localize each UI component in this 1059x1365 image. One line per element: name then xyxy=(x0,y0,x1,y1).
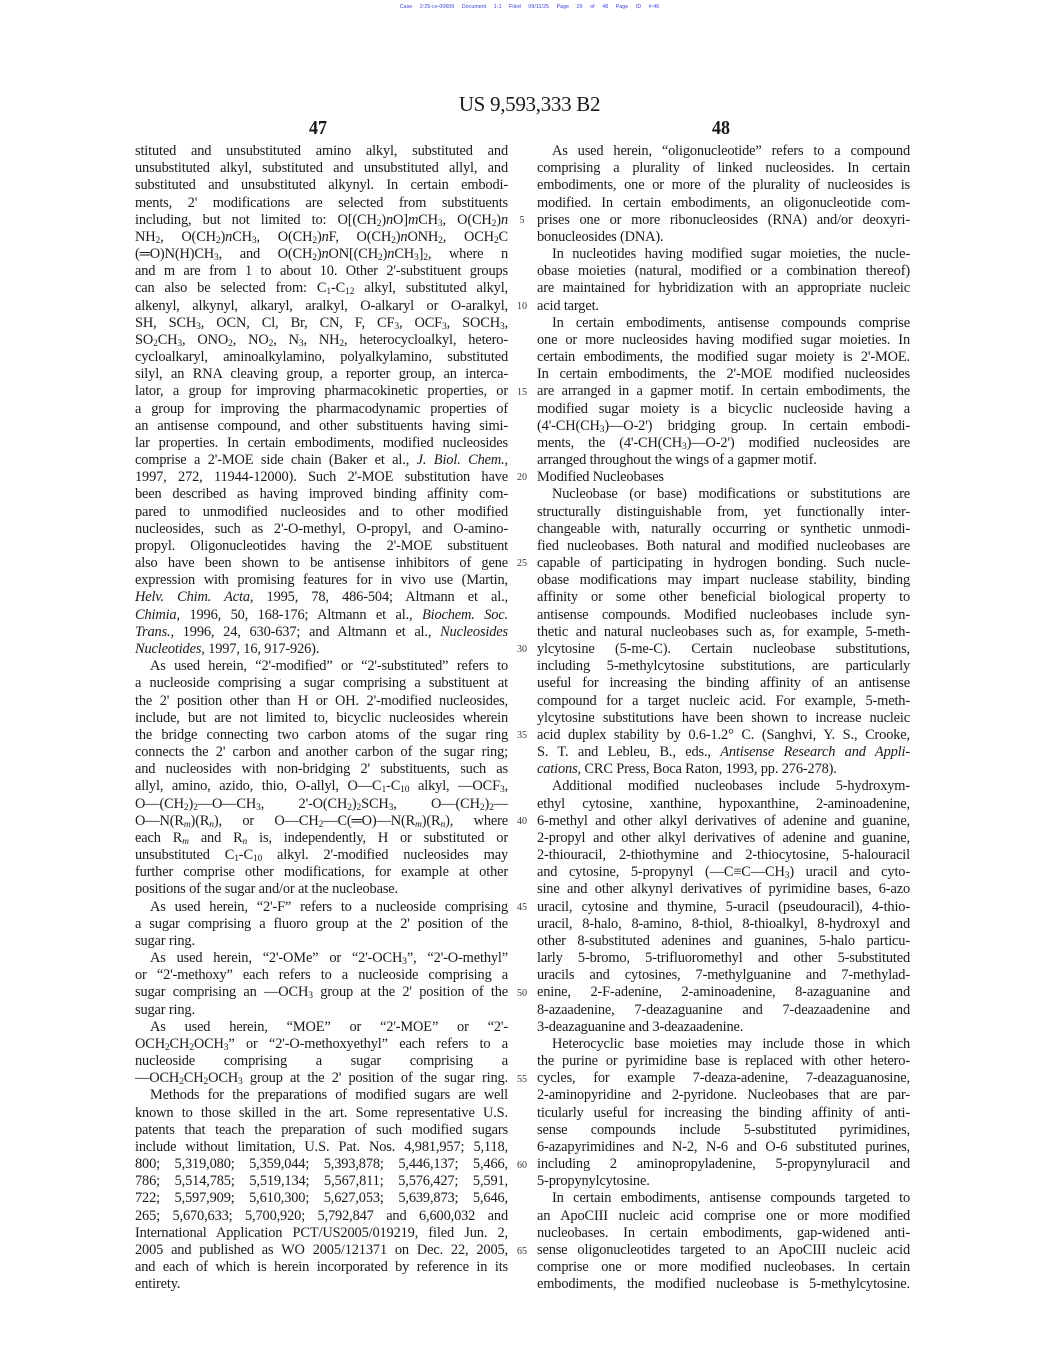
text-line: can also be selected from: C1-C12 alkyl,… xyxy=(135,280,508,297)
line-number: 40 xyxy=(512,813,532,830)
text-line: and cytosine, 5-propynyl (—C≡C—CH3) urac… xyxy=(537,864,910,881)
text-line: certain embodiments, the modified sugar … xyxy=(537,349,910,366)
text-line: arranged throughout the wings of a gapme… xyxy=(537,452,910,469)
text-line: affinity or some other beneficial biolog… xyxy=(537,589,910,606)
text-line: compound for a target nucleic acid. For … xyxy=(537,693,910,710)
text-line: sugar comprising an —OCH3 group at the 2… xyxy=(135,984,508,1001)
text-line: 2-thiouracil, 2-thiothymine and 2-thiocy… xyxy=(537,847,910,864)
text-line: unsubstituted alkyl, substituted and uns… xyxy=(135,160,508,177)
text-line: ylcytosine substitutions have been shown… xyxy=(537,710,910,727)
text-line: fied nucleobases. Both natural and modif… xyxy=(537,538,910,555)
text-line: a nucleoside comprising a sugar comprisi… xyxy=(135,675,508,692)
line-number: 55 xyxy=(512,1071,532,1088)
line-number: 30 xyxy=(512,641,532,658)
text-line: —OCH2CH2OCH3 group at the 2' position of… xyxy=(135,1070,508,1087)
text-line: As used herein, “oligonucleotide” refers… xyxy=(537,143,910,160)
text-line: 2-propyl and other alkyl derivatives of … xyxy=(537,830,910,847)
text-line: Chimia, 1996, 50, 168-176; Altmann et al… xyxy=(135,607,508,624)
text-line: connects the 2' carbon and another carbo… xyxy=(135,744,508,761)
text-line: 6-azapyrimidines and N-2, N-6 and O-6 su… xyxy=(537,1139,910,1156)
text-line: an antisense compound, and other substit… xyxy=(135,418,508,435)
text-line: positions of the sugar and/or at the nuc… xyxy=(135,881,508,898)
column-number-right: 48 xyxy=(712,117,730,140)
text-line: sugar ring. xyxy=(135,933,508,950)
text-line: the bridge connecting two carbon atoms o… xyxy=(135,727,508,744)
text-line: entirety. xyxy=(135,1276,508,1293)
line-number: 45 xyxy=(512,899,532,916)
text-line: Nucleobase (or base) modifications or su… xyxy=(537,486,910,503)
text-line: As used herein, “2'-F” refers to a nucle… xyxy=(135,899,508,916)
text-line: cycles, for example 7-deaza-adenine, 7-d… xyxy=(537,1070,910,1087)
text-line: alkenyl, alkynyl, alkaryl, aralkyl, O-al… xyxy=(135,298,508,315)
text-line: embodiments, the modified nucleobase is … xyxy=(537,1276,910,1293)
left-text-column: stituted and unsubstituted amino alkyl, … xyxy=(135,143,508,1294)
text-line: silyl, an RNA cleaving group, a reporter… xyxy=(135,366,508,383)
text-line: sugar ring. xyxy=(135,1002,508,1019)
line-number: 35 xyxy=(512,727,532,744)
line-number: 5 xyxy=(512,212,532,229)
text-line: cations, CRC Press, Boca Raton, 1993, pp… xyxy=(537,761,910,778)
text-line: further comprise other modifications, fo… xyxy=(135,864,508,881)
text-line: In certain embodiments, antisense compou… xyxy=(537,315,910,332)
text-line: O—N(Rm)(Rn), or O—CH2—C(═O)—N(Rm)(Rn), w… xyxy=(135,813,508,830)
text-line: allyl, amino, azido, thio, O-allyl, O—C1… xyxy=(135,778,508,795)
text-line: antisense compounds. Modified nucleobase… xyxy=(537,607,910,624)
text-line: each Rm and Rn is, independently, H or s… xyxy=(135,830,508,847)
right-text-column: As used herein, “oligonucleotide” refers… xyxy=(537,143,910,1294)
text-line: changeable with, naturally occurring or … xyxy=(537,521,910,538)
text-line: modified. In certain embodiments, an oli… xyxy=(537,195,910,212)
text-line: S. T. and Lebleu, B., eds., Antisense Re… xyxy=(537,744,910,761)
text-line: SO2CH3, ONO2, NO2, N3, NH2, heterocycloa… xyxy=(135,332,508,349)
text-line: propyl. Oligonucleotides having the 2'-M… xyxy=(135,538,508,555)
text-line: Methods for the preparations of modified… xyxy=(135,1087,508,1104)
text-line: include, but are not limited to, bicycli… xyxy=(135,710,508,727)
text-line: unsubstituted C1-C10 alkyl. 2'-modified … xyxy=(135,847,508,864)
court-filing-stamp: Case 2:25-cv-00609 Document 1-1 Filed 09… xyxy=(0,4,1059,10)
text-line: or “2'-methoxy” each refers to a nucleos… xyxy=(135,967,508,984)
text-line: ments, 2' modifications are selected fro… xyxy=(135,195,508,212)
text-line: As used herein, “2'-modified” or “2'-sub… xyxy=(135,658,508,675)
text-line: an ApoCIII nucleic acid comprise one or … xyxy=(537,1208,910,1225)
text-line: modified sugar moiety is a bicyclic nucl… xyxy=(537,401,910,418)
text-line: In certain embodiments, antisense compou… xyxy=(537,1190,910,1207)
text-line: acid target. xyxy=(537,298,910,315)
text-line: one or more nucleosides having modified … xyxy=(537,332,910,349)
text-line: the purine or pyrimidine base is replace… xyxy=(537,1053,910,1070)
text-line: are arranged in a gapmer motif. In certa… xyxy=(537,383,910,400)
text-line: 722; 5,597,909; 5,610,300; 5,627,053; 5,… xyxy=(135,1190,508,1207)
line-number: 25 xyxy=(512,555,532,572)
text-line: the 2' position other than H or OH. 2'-m… xyxy=(135,693,508,710)
text-line: useful for increasing the binding affini… xyxy=(537,675,910,692)
text-line: a group for improving the pharmacodynami… xyxy=(135,401,508,418)
section-heading: Modified Nucleobases xyxy=(537,469,910,486)
text-line: 3-deazaguanine and 3-deazaadenine. xyxy=(537,1019,910,1036)
text-line: As used herein, “2'-OMe” or “2'-OCH3”, “… xyxy=(135,950,508,967)
text-line: are maintained for hybridization with an… xyxy=(537,280,910,297)
text-line: Heterocyclic base moieties may include t… xyxy=(537,1036,910,1053)
text-line: sense oligonucleotides targeted to an Ap… xyxy=(537,1242,910,1259)
text-line: bonucleosides (DNA). xyxy=(537,229,910,246)
text-line: 5-propynylcytosine. xyxy=(537,1173,910,1190)
text-line: As used herein, “MOE” or “2'-MOE” or “2'… xyxy=(135,1019,508,1036)
text-line: In nucleotides having modified sugar moi… xyxy=(537,246,910,263)
text-line: acid duplex stability by 0.6-1.2° C. (Sa… xyxy=(537,727,910,744)
text-line: and each of which is herein incorporated… xyxy=(135,1259,508,1276)
text-line: sense compounds include 5-substituted py… xyxy=(537,1122,910,1139)
line-number: 50 xyxy=(512,985,532,1002)
text-line: 8-azaadenine, 7-deazaguanine and 7-deaza… xyxy=(537,1002,910,1019)
text-line: comprise one or more modified nucleobase… xyxy=(537,1259,910,1276)
text-line: In certain embodiments, the 2'-MOE modif… xyxy=(537,366,910,383)
text-line: comprise a 2'-MOE side chain (Baker et a… xyxy=(135,452,508,469)
text-line: thetic and natural nucleobases such as, … xyxy=(537,624,910,641)
text-line: stituted and unsubstituted amino alkyl, … xyxy=(135,143,508,160)
text-line: obase modifications may impart nuclease … xyxy=(537,572,910,589)
text-line: ylcytosine (5-me-C). Certain nucleobase … xyxy=(537,641,910,658)
text-line: obase moieties (natural, modified or a c… xyxy=(537,263,910,280)
patent-number: US 9,593,333 B2 xyxy=(0,92,1059,117)
text-line: uracil, 8-halo, 8-amino, 8-thiol, 8-thio… xyxy=(537,916,910,933)
text-line: Helv. Chim. Acta, 1995, 78, 486-504; Alt… xyxy=(135,589,508,606)
text-line: Trans., 1996, 24, 630-637; and Altmann e… xyxy=(135,624,508,641)
text-line: substituted and unsubstituted alkynyl. I… xyxy=(135,177,508,194)
text-line: patents that teach the preparation of su… xyxy=(135,1122,508,1139)
text-line: other 8-substituted adenines and guanine… xyxy=(537,933,910,950)
text-line: including 5-methylcytosine substitutions… xyxy=(537,658,910,675)
line-number: 20 xyxy=(512,469,532,486)
text-line: expression with promising features for i… xyxy=(135,572,508,589)
text-line: 2005 and published as WO 2005/121371 on … xyxy=(135,1242,508,1259)
text-line: been described as having improved bindin… xyxy=(135,486,508,503)
line-number: 60 xyxy=(512,1157,532,1174)
text-line: (4'-CH(CH3)—O-2') bridging group. In cer… xyxy=(537,418,910,435)
text-line: a sugar comprising a fluoro group at the… xyxy=(135,916,508,933)
text-line: International Application PCT/US2005/019… xyxy=(135,1225,508,1242)
text-line: prises one or more ribonucleosides (RNA)… xyxy=(537,212,910,229)
text-line: comprising a plurality of linked nucleos… xyxy=(537,160,910,177)
text-line: lar properties. In certain embodiments, … xyxy=(135,435,508,452)
text-line: SH, SCH3, OCN, Cl, Br, CN, F, CF3, OCF3,… xyxy=(135,315,508,332)
text-line: ticularly useful for increasing the bind… xyxy=(537,1105,910,1122)
text-line: NH2, O(CH2)nCH3, O(CH2)nF, O(CH2)nONH2, … xyxy=(135,229,508,246)
text-line: ments, the (4'-CH(CH3)—O-2') modified nu… xyxy=(537,435,910,452)
column-number-left: 47 xyxy=(309,117,327,140)
text-line: nucleobases. In certain embodiments, gap… xyxy=(537,1225,910,1242)
text-line: uracil, cytosine and thymine, 5-uracil (… xyxy=(537,899,910,916)
text-line: and nucleosides with non-bridging 2' sub… xyxy=(135,761,508,778)
text-line: 1997, 272, 11944-12000). Such 2'-MOE sub… xyxy=(135,469,508,486)
text-line: 800; 5,319,080; 5,359,044; 5,393,878; 5,… xyxy=(135,1156,508,1173)
line-number: 65 xyxy=(512,1243,532,1260)
text-line: including, but not limited to: O[(CH2)nO… xyxy=(135,212,508,229)
line-number: 15 xyxy=(512,384,532,401)
text-line: O—(CH2)2—O—CH3, 2'-O(CH2)2SCH3, O—(CH2)2… xyxy=(135,796,508,813)
text-line: larly 5-bromo, 5-trifluoromethyl and oth… xyxy=(537,950,910,967)
text-line: and m are from 1 to about 10. Other 2'-s… xyxy=(135,263,508,280)
text-line: nucleoside comprising a sugar comprising… xyxy=(135,1053,508,1070)
text-line: include without limitation, U.S. Pat. No… xyxy=(135,1139,508,1156)
text-line: cycloalkaryl, aminoalkylamino, polyalkyl… xyxy=(135,349,508,366)
text-line: known to those skilled in the art. Some … xyxy=(135,1105,508,1122)
text-line: also have been shown to be antisense inh… xyxy=(135,555,508,572)
text-line: enine, 2-F-adenine, 2-aminoadenine, 8-az… xyxy=(537,984,910,1001)
text-line: sine and other alkynyl derivatives of py… xyxy=(537,881,910,898)
text-line: structurally distinguishable from, yet f… xyxy=(537,504,910,521)
text-line: ethyl cytosine, xanthine, hypoxanthine, … xyxy=(537,796,910,813)
text-line: pared to unmodified nucleosides and to o… xyxy=(135,504,508,521)
text-line: capable of participating in hydrogen bon… xyxy=(537,555,910,572)
text-line: uracils and cytosines, 7-methylguanine a… xyxy=(537,967,910,984)
text-line: including 2 aminopropyladenine, 5-propyn… xyxy=(537,1156,910,1173)
text-line: 2-aminopyridine and 2-pyridone. Nucleoba… xyxy=(537,1087,910,1104)
text-line: Nucleotides, 1997, 16, 917-926). xyxy=(135,641,508,658)
text-line: 786; 5,514,785; 5,519,134; 5,567,811; 5,… xyxy=(135,1173,508,1190)
line-number: 10 xyxy=(512,298,532,315)
text-line: lator, a group for improving pharmacokin… xyxy=(135,383,508,400)
text-line: OCH2CH2OCH3” or “2'-O-methoxyethyl” each… xyxy=(135,1036,508,1053)
text-line: 6-methyl and other alkyl derivatives of … xyxy=(537,813,910,830)
text-line: 265; 5,670,633; 5,700,920; 5,792,847 and… xyxy=(135,1208,508,1225)
text-line: embodiments, one or more of the pluralit… xyxy=(537,177,910,194)
text-line: Additional modified nucleobases include … xyxy=(537,778,910,795)
text-line: nucleosides, such as 2'-O-methyl, O-prop… xyxy=(135,521,508,538)
text-line: (═O)N(H)CH3, and O(CH2)nON[(CH2)nCH3]2, … xyxy=(135,246,508,263)
